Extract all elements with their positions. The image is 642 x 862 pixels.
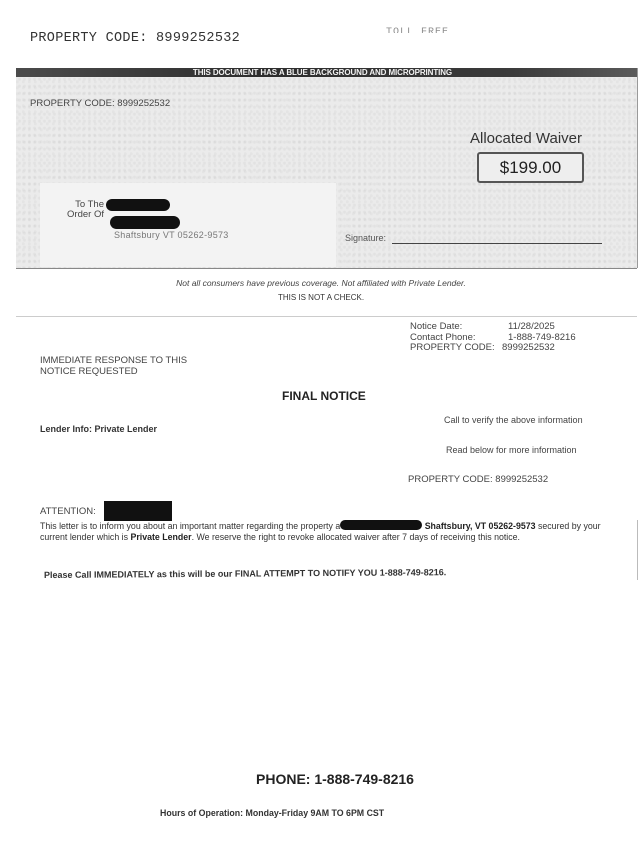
security-banner-text: THIS DOCUMENT HAS A BLUE BACKGROUND AND … xyxy=(193,68,452,77)
section-divider xyxy=(16,316,637,317)
header-property-code: PROPERTY CODE: 8999252532 xyxy=(30,31,240,46)
security-banner: THIS DOCUMENT HAS A BLUE BACKGROUND AND … xyxy=(16,68,637,77)
footer-phone-text: PHONE: 1-888-749-8216 xyxy=(256,771,414,787)
waiver-amount: $199.00 xyxy=(477,152,584,183)
body-lender-name: Private Lender xyxy=(130,532,191,542)
read-below: Read below for more information xyxy=(446,445,577,455)
footer-phone: PHONE: 1-888-749-8216 xyxy=(0,771,642,787)
notice-date-row: Notice Date: 11/28/2025 xyxy=(410,322,576,333)
property-code-label: PROPERTY CODE: xyxy=(410,343,502,354)
lender-info: Lender Info: Private Lender xyxy=(40,424,157,434)
order-of-label: Order Of xyxy=(62,210,104,220)
signature-label: Signature: xyxy=(345,233,386,243)
notice-body: This letter is to inform you about an im… xyxy=(40,520,630,542)
disclaimer: Not all consumers have previous coverage… xyxy=(0,278,642,288)
redacted-property-street xyxy=(340,520,422,530)
scan-artifact xyxy=(637,520,638,580)
redacted-attention-name xyxy=(104,501,172,521)
body-property-address: Shaftsbury, VT 05262-9573 xyxy=(425,521,536,531)
notice-property-code: PROPERTY CODE: 8999252532 xyxy=(408,474,548,485)
body-text-part1: This letter is to inform you about an im… xyxy=(40,521,340,531)
property-code-row: PROPERTY CODE: 8999252532 xyxy=(410,343,576,354)
notice-date-label: Notice Date: xyxy=(410,322,508,333)
check-property-code: PROPERTY CODE: 8999252532 xyxy=(30,98,170,109)
to-the-order-of-label: To The Order Of xyxy=(62,200,104,220)
not-a-check-notice: THIS IS NOT A CHECK. xyxy=(0,293,642,302)
final-notice-title: FINAL NOTICE xyxy=(282,389,366,403)
call-to-verify: Call to verify the above information xyxy=(444,415,583,425)
body-text-part3: . We reserve the right to revoke allocat… xyxy=(192,532,520,542)
attention-label: ATTENTION: xyxy=(40,506,96,517)
notice-date-value: 11/28/2025 xyxy=(508,322,555,333)
header-toll-free-partial: TOLL FREE xyxy=(386,27,449,38)
notice-info-block: Notice Date: 11/28/2025 Contact Phone: 1… xyxy=(410,322,576,354)
check-divider xyxy=(16,268,637,269)
hours-of-operation: Hours of Operation: Monday-Friday 9AM TO… xyxy=(160,808,384,818)
redacted-payee-name xyxy=(106,199,170,211)
please-call-notice: Please Call IMMEDIATELY as this will be … xyxy=(44,567,446,580)
redacted-payee-street xyxy=(110,216,180,229)
waiver-label: Allocated Waiver xyxy=(470,130,582,147)
property-code-value: 8999252532 xyxy=(502,343,555,354)
payee-panel xyxy=(40,183,336,267)
immediate-response-notice: IMMEDIATE RESPONSE TO THIS NOTICE REQUES… xyxy=(40,355,210,377)
payee-address: Shaftsbury VT 05262-9573 xyxy=(114,230,229,240)
signature-line xyxy=(392,243,602,244)
